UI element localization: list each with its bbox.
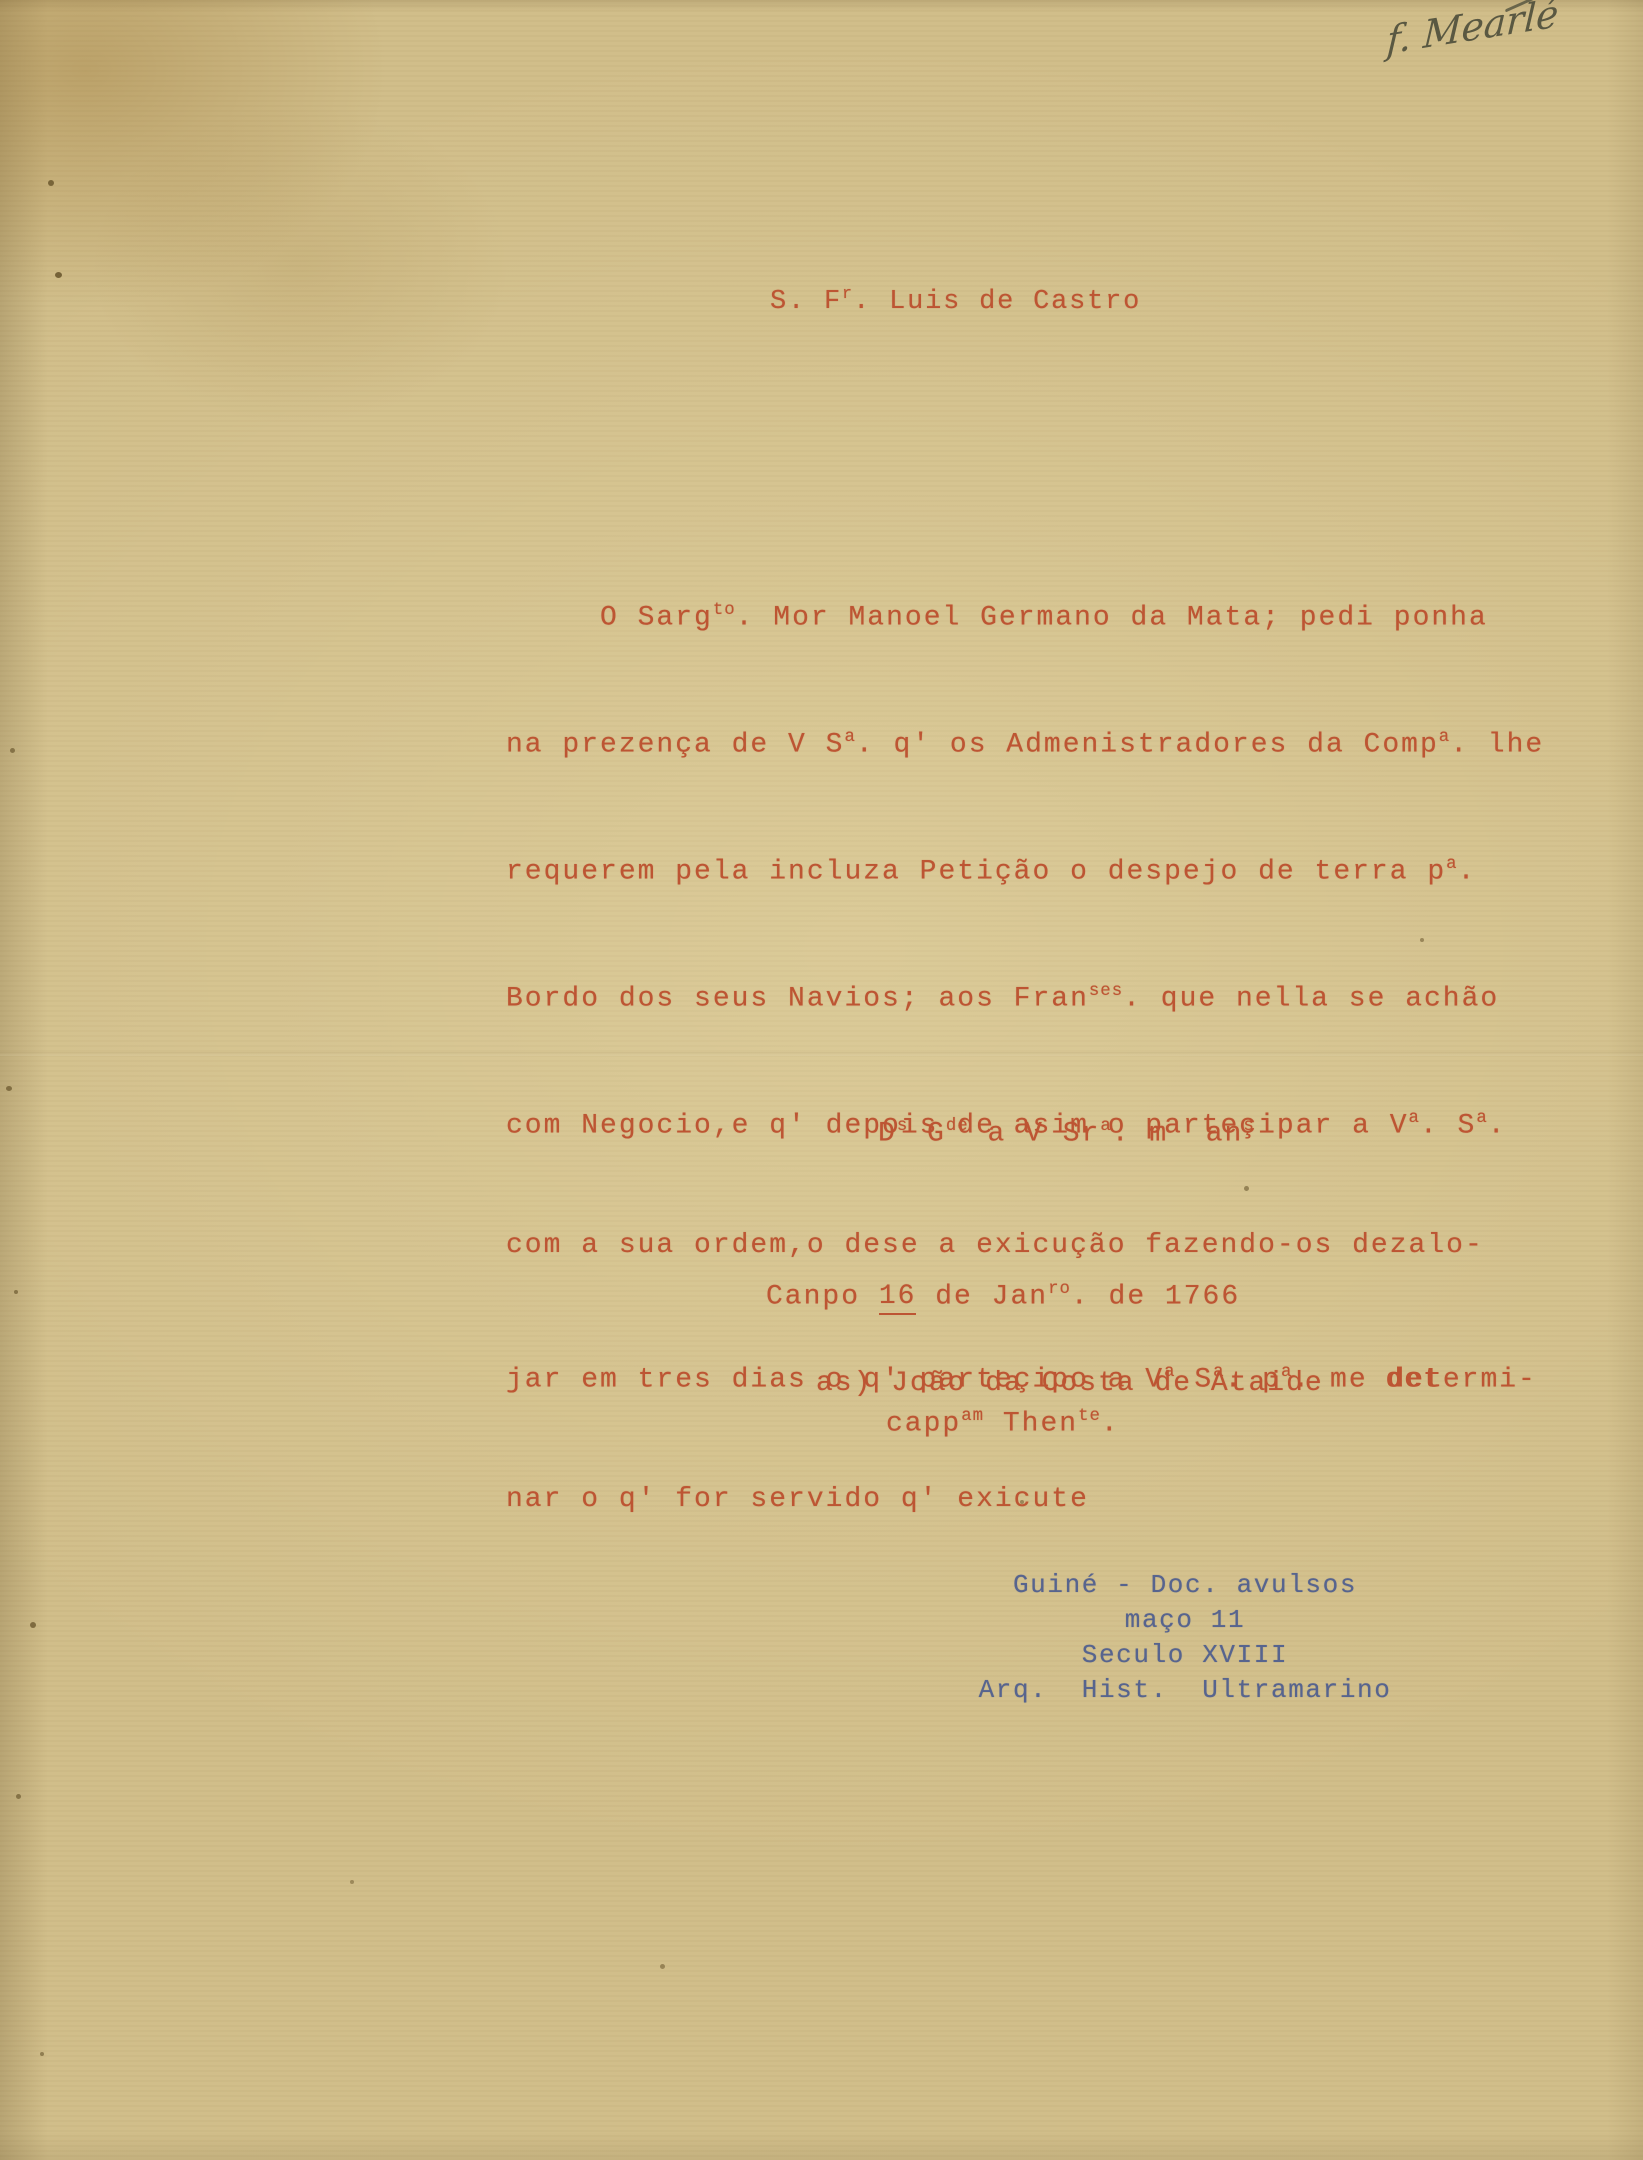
- body-line: requerem pela incluza Petição o despejo …: [506, 832, 1544, 897]
- paper-speck: [1244, 1186, 1249, 1191]
- paper-speck: [10, 748, 15, 753]
- paper-speck: [1420, 938, 1424, 942]
- body-line: Bordo dos seus Navios; aos Franses. que …: [506, 959, 1544, 1024]
- archive-stamp-line: Guiné - Doc. avulsos: [930, 1568, 1440, 1603]
- paper-speck: [16, 1794, 21, 1799]
- archive-stamp-line: Arq. Hist. Ultramarino: [930, 1673, 1440, 1708]
- archive-stamp-line: Seculo XVIII: [930, 1638, 1440, 1673]
- paper-speck: [350, 1880, 354, 1884]
- paper-speck: [40, 2052, 44, 2056]
- paper-speck: [14, 1290, 18, 1294]
- valediction: Ds Gde a V Sra. m ans: [878, 1117, 1255, 1149]
- paper-speck: [6, 1086, 12, 1091]
- paper-speck: [55, 272, 62, 278]
- signature-line: as) João da Costa de Ataide: [816, 1368, 1324, 1399]
- archive-stamp-line: maço 11: [930, 1603, 1440, 1638]
- handwritten-note: f. Mearlé: [1386, 0, 1560, 63]
- document-page: f. Mearlé S. Fr. Luis de Castro O Sargto…: [0, 0, 1643, 2160]
- body-line: na prezença de V Sa. q' os Admenistrador…: [506, 705, 1544, 770]
- body-line: com a sua ordem,o dese a exicução fazend…: [506, 1213, 1544, 1278]
- archive-stamp: Guiné - Doc. avulsos maço 11 Seculo XVII…: [930, 1568, 1440, 1708]
- paper-speck: [48, 180, 54, 186]
- body-line: O Sargto. Mor Manoel Germano da Mata; pe…: [506, 578, 1544, 643]
- paper-speck: [30, 1622, 36, 1628]
- paper-speck: [1020, 1500, 1024, 1504]
- paper-speck: [660, 1964, 665, 1969]
- document-title: S. Fr. Luis de Castro: [770, 285, 1141, 317]
- body-line: nar o q' for servido q' exicute: [506, 1467, 1544, 1532]
- date-line: Canpo 16 de Janro. de 1766: [766, 1280, 1240, 1312]
- signature-line: cappam Thente.: [886, 1407, 1120, 1439]
